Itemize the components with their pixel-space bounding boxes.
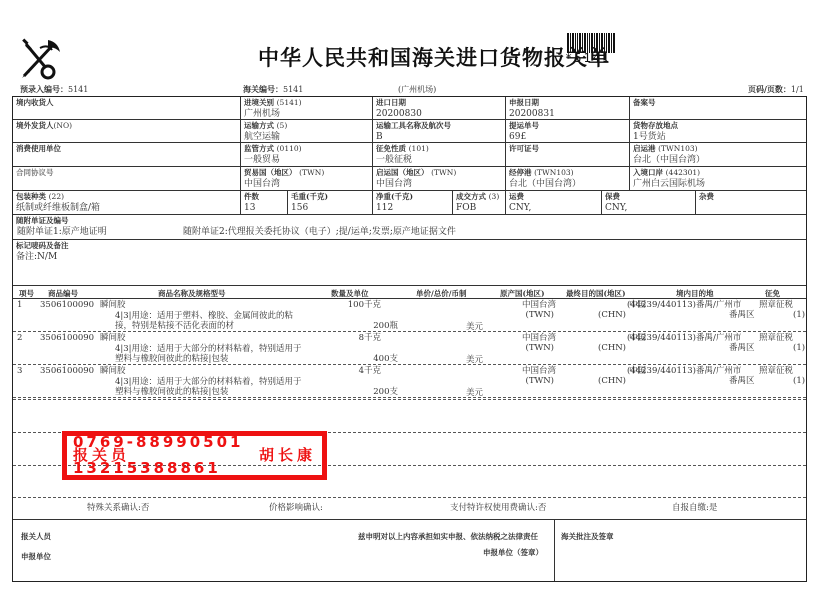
field-pieces: 件数13: [241, 191, 288, 215]
special-relation-confirm: 特殊关系确认:否: [87, 503, 149, 514]
field-bill-no: 提运单号69£: [506, 120, 630, 143]
item-no: 1: [17, 300, 22, 311]
field-storage: 货物存放地点1号货站: [630, 120, 806, 143]
preentry-number: 预录入编号：5141: [20, 84, 88, 95]
field-freight: 运费CNY,: [506, 191, 602, 215]
field-contract: 合同协议号: [13, 167, 241, 191]
field-shipper: 境外发货人(NO): [13, 120, 241, 143]
field-package-type: 包装种类 (22)纸制或纤维板制盒/箱: [13, 191, 241, 215]
item-levy-1: 照章征税: [759, 300, 793, 311]
page-indicator: 页码/页数：1/1: [748, 84, 804, 95]
field-net-weight: 净重(千克)112: [373, 191, 453, 215]
field-transit-port: 经停港 (TWN103)台北（中国台湾）: [506, 167, 630, 191]
item-qty-1: 4千克: [359, 366, 381, 377]
field-import-date: 进口日期20200830: [373, 97, 506, 120]
field-license: 许可证号: [506, 143, 630, 167]
item-name: 瞬间胶: [100, 300, 126, 311]
customs-office: (广州机场): [398, 84, 436, 95]
item-name: 瞬间胶: [100, 333, 126, 344]
field-levy-nature: 征免性质 (101)一般征税: [373, 143, 506, 167]
field-vessel: 运输工具名称及航次号B: [373, 120, 506, 143]
field-marks-remarks: 标记唛码及备注备注:N/M: [13, 240, 806, 286]
item-levy-1: 照章征税: [759, 333, 793, 344]
field-gross-weight: 毛重(千克)156: [288, 191, 373, 215]
item-dest-code: (CHN): [598, 343, 626, 354]
field-entry-point: 入境口岸 (442301)广州白云国际机场: [630, 167, 806, 191]
barcode-number: *5141: [565, 51, 611, 65]
field-trade-country: 贸易国（地区） (TWN)中国台湾: [241, 167, 373, 191]
field-consumer: 消费使用单位: [13, 143, 241, 167]
item-code: 3506100090: [40, 300, 94, 311]
customs-approval-label: 海关批注及签章: [561, 531, 614, 542]
item-origin-code: (TWN): [526, 343, 554, 354]
item-domestic-1: (44239/440113)番禺/广州市: [627, 366, 741, 377]
item-name: 瞬间胶: [100, 366, 126, 377]
field-misc: 杂费: [696, 191, 806, 215]
item-no: 3: [17, 366, 22, 377]
item-origin-code: (TWN): [526, 376, 554, 387]
field-departure-country: 启运国（地区） (TWN)中国台湾: [373, 167, 506, 191]
self-declare-confirm: 自报自缴:是: [672, 503, 717, 514]
item-domestic-1: (44239/440113)番禺/广州市: [627, 300, 741, 311]
field-consignee: 境内收货人: [13, 97, 241, 120]
field-attached-docs: 随附单证及编号 随附单证1:原产地证明 随附单证2:代理报关委托协议（电子）;提…: [13, 215, 806, 240]
field-insurance: 保费CNY,: [602, 191, 696, 215]
item-domestic-1: (44239/440113)番禺/广州市: [627, 333, 741, 344]
field-departure-port: 启运港 (TWN103)台北（中国台湾）: [630, 143, 806, 167]
declarant-unit-label: 申报单位: [21, 551, 51, 562]
page-title: 中华人民共和国海关进口货物报关单: [258, 42, 610, 72]
item-origin-code: (TWN): [526, 310, 554, 321]
item-domestic-2: 番禺区: [729, 376, 755, 387]
item-levy-2: (1): [793, 310, 805, 321]
seal-label: 申报单位（签章）: [483, 547, 543, 558]
declarant-label: 报关人员: [21, 531, 51, 542]
legal-statement: 兹申明对以上内容承担如实申报、依法纳税之法律责任: [358, 531, 538, 542]
field-declare-date: 申报日期20200831: [506, 97, 630, 120]
item-dest-code: (CHN): [598, 310, 626, 321]
field-entry-port: 进境关别 (5141)广州机场: [241, 97, 373, 120]
barcode-icon: [567, 33, 617, 53]
item-dest-code: (CHN): [598, 376, 626, 387]
item-qty-1: 100千克: [348, 300, 381, 311]
price-impact-confirm: 价格影响确认:: [269, 503, 323, 514]
item-levy-1: 照章征税: [759, 366, 793, 377]
item-code: 3506100090: [40, 333, 94, 344]
customs-number: 海关编号：5141: [243, 84, 303, 95]
field-deal-mode: 成交方式 (3)FOB: [453, 191, 506, 215]
royalty-confirm: 支付特许权使用费确认:否: [450, 503, 546, 514]
declarant-stamp: 0769-88990501 报关员胡长康 13215388861: [62, 431, 327, 480]
field-supervision: 监管方式 (0110)一般贸易: [241, 143, 373, 167]
declaration-form: 境内收货人 进境关别 (5141)广州机场 进口日期20200830 申报日期2…: [12, 96, 807, 582]
item-domestic-2: 番禺区: [729, 343, 755, 354]
field-transport-mode: 运输方式 (5)航空运输: [241, 120, 373, 143]
item-code: 3506100090: [40, 366, 94, 377]
item-qty-1: 8千克: [359, 333, 381, 344]
customs-emblem-icon: [18, 36, 64, 82]
field-record-no: 备案号: [630, 97, 806, 120]
item-levy-2: (1): [793, 343, 805, 354]
item-domestic-2: 番禺区: [729, 310, 755, 321]
item-no: 2: [17, 333, 22, 344]
item-levy-2: (1): [793, 376, 805, 387]
